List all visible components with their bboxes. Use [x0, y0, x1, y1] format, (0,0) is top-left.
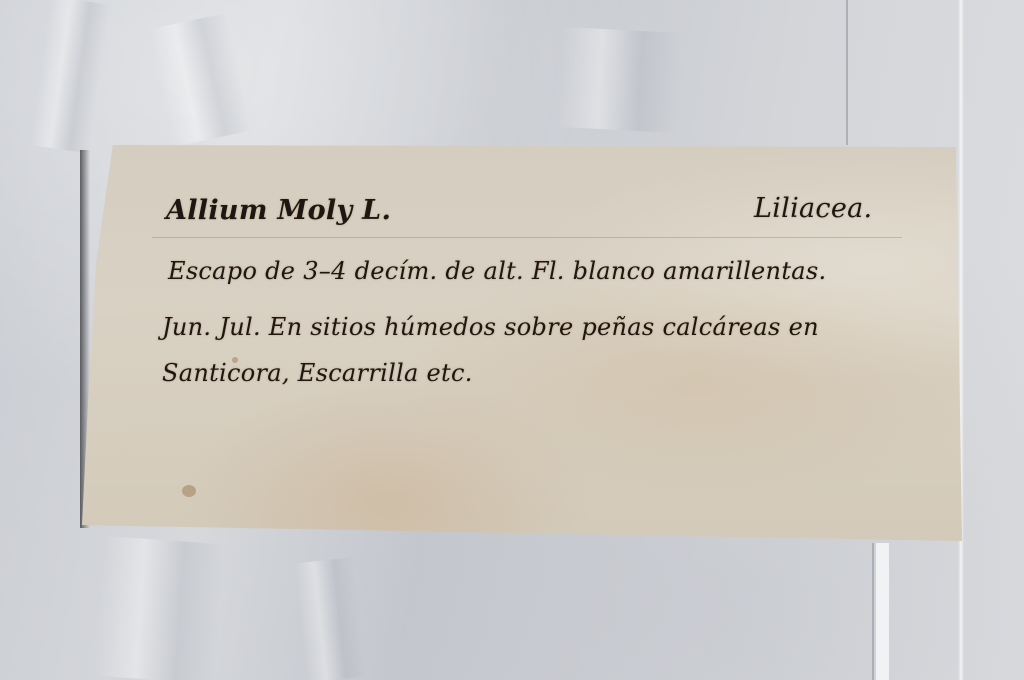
- family-name: Liliacea.: [754, 193, 872, 224]
- description-line: Escapo de 3–4 decím. de alt. Fl. blanco …: [168, 257, 826, 285]
- tissue-wrinkle: [95, 536, 224, 680]
- tissue-wrinkle: [30, 0, 110, 153]
- locality-line: Santicora, Escarrilla etc.: [162, 359, 473, 387]
- foxing-stain: [232, 357, 238, 363]
- tissue-wrinkle: [294, 557, 366, 680]
- sheet-edge-line: [846, 0, 848, 145]
- species-name: Allium Moly L.: [166, 195, 391, 226]
- tissue-wrinkle: [557, 27, 682, 133]
- foxing-stain: [182, 485, 196, 497]
- sheet-fold: [958, 0, 964, 680]
- herbarium-label: Allium Moly L. Liliacea. Escapo de 3–4 d…: [82, 145, 962, 541]
- tissue-wrinkle: [148, 13, 251, 147]
- ruled-line: [152, 237, 902, 238]
- description-line: Jun. Jul. En sitios húmedos sobre peñas …: [162, 313, 819, 341]
- sheet-edge-line: [872, 543, 874, 680]
- sheet-gap: [876, 543, 889, 680]
